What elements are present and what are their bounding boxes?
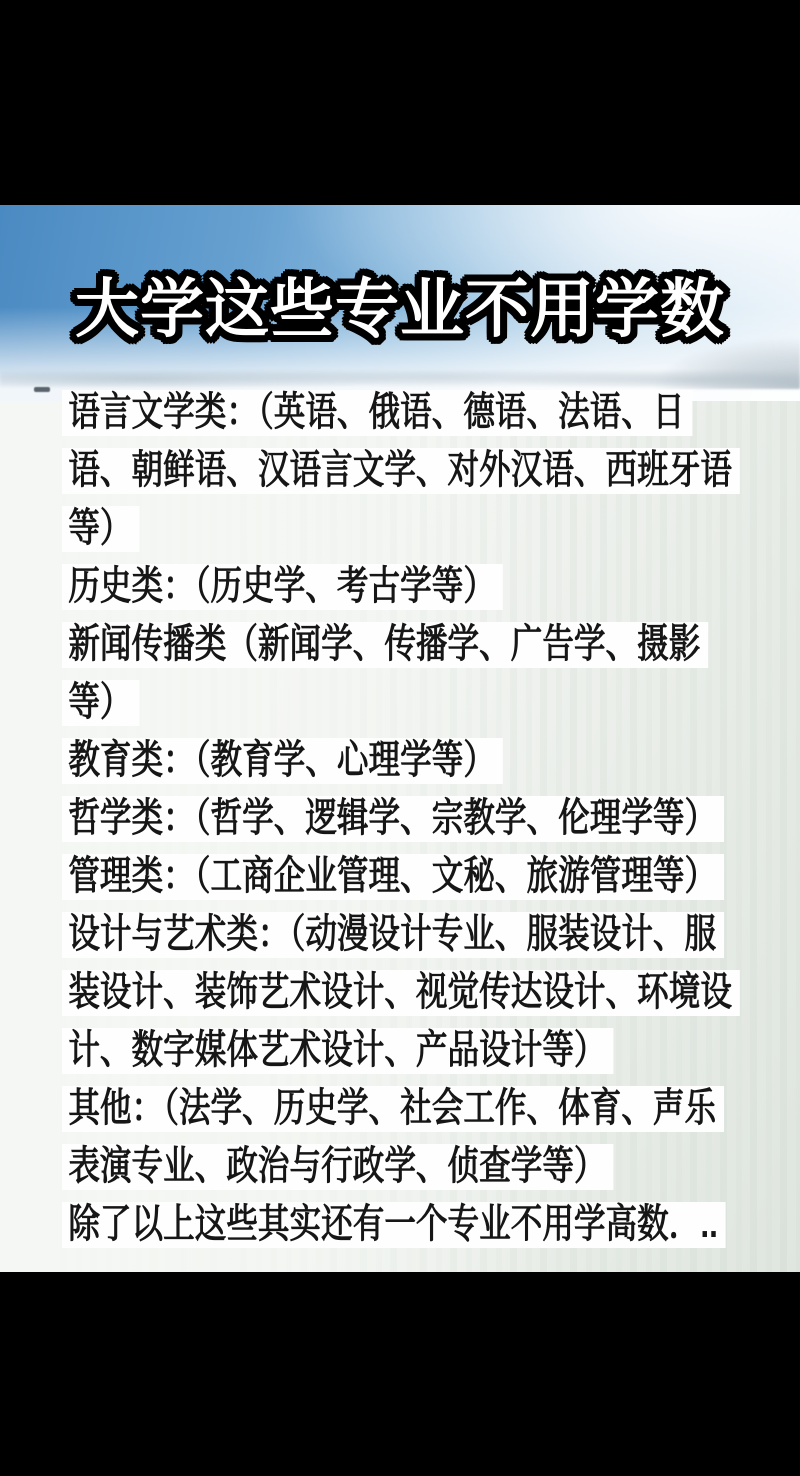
text-line: 表演专业、政治与行政学、侦查学等）	[62, 1144, 782, 1190]
text-line: 其他：（法学、历史学、社会工作、体育、声乐	[62, 1086, 782, 1132]
text-line: 教育类：（教育学、心理学等）	[62, 738, 782, 784]
highlighted-text: 等）	[62, 506, 139, 552]
highlighted-text: 教育类：（教育学、心理学等）	[62, 738, 503, 784]
text-line: 语、朝鲜语、汉语言文学、对外汉语、西班牙语	[62, 448, 782, 494]
boat-speck	[34, 387, 50, 392]
highlighted-text: 历史类：（历史学、考古学等）	[62, 564, 503, 610]
highlighted-text: 管理类：（工商企业管理、文秘、旅游管理等）	[62, 854, 724, 900]
highlighted-text: 语、朝鲜语、汉语言文学、对外汉语、西班牙语	[62, 448, 740, 494]
highlighted-text: 语言文学类：（英语、俄语、德语、法语、日	[62, 390, 692, 436]
text-line: 装设计、装饰艺术设计、视觉传达设计、环境设	[62, 970, 782, 1016]
text-line: 等）	[62, 506, 782, 552]
text-line: 设计与艺术类：（动漫设计专业、服装设计、服	[62, 912, 782, 958]
text-line: 新闻传播类（新闻学、传播学、广告学、摄影	[62, 622, 782, 668]
letterbox-bottom	[0, 1272, 800, 1476]
highlighted-text: 表演专业、政治与行政学、侦查学等）	[62, 1144, 613, 1190]
cloud-band	[0, 371, 800, 387]
text-line: 等）	[62, 680, 782, 726]
highlighted-text: 除了以上这些其实还有一个专业不用学高数．..	[62, 1202, 726, 1248]
highlighted-text: 新闻传播类（新闻学、传播学、广告学、摄影	[62, 622, 708, 668]
highlighted-text: 装设计、装饰艺术设计、视觉传达设计、环境设	[62, 970, 740, 1016]
highlighted-text: 哲学类：（哲学、逻辑学、宗教学、伦理学等）	[62, 796, 724, 842]
text-line: 语言文学类：（英语、俄语、德语、法语、日	[62, 390, 782, 436]
letterbox-top	[0, 0, 800, 205]
poster-title: 大学这些专业不用学数	[0, 249, 800, 359]
highlighted-text: 计、数字媒体艺术设计、产品设计等）	[62, 1028, 613, 1074]
text-line: 除了以上这些其实还有一个专业不用学高数．..	[62, 1202, 782, 1248]
text-line: 哲学类：（哲学、逻辑学、宗教学、伦理学等）	[62, 796, 782, 842]
highlighted-text: 等）	[62, 680, 139, 726]
sky-photo-background: 大学这些专业不用学数 语言文学类：（英语、俄语、德语、法语、日 语、朝鲜语、汉语…	[0, 205, 800, 1272]
text-line: 管理类：（工商企业管理、文秘、旅游管理等）	[62, 854, 782, 900]
text-line: 计、数字媒体艺术设计、产品设计等）	[62, 1028, 782, 1074]
text-line: 历史类：（历史学、考古学等）	[62, 564, 782, 610]
body-text-column: 语言文学类：（英语、俄语、德语、法语、日 语、朝鲜语、汉语言文学、对外汉语、西班…	[62, 390, 782, 1260]
highlighted-text: 设计与艺术类：（动漫设计专业、服装设计、服	[62, 912, 724, 958]
highlighted-text: 其他：（法学、历史学、社会工作、体育、声乐	[62, 1086, 724, 1132]
